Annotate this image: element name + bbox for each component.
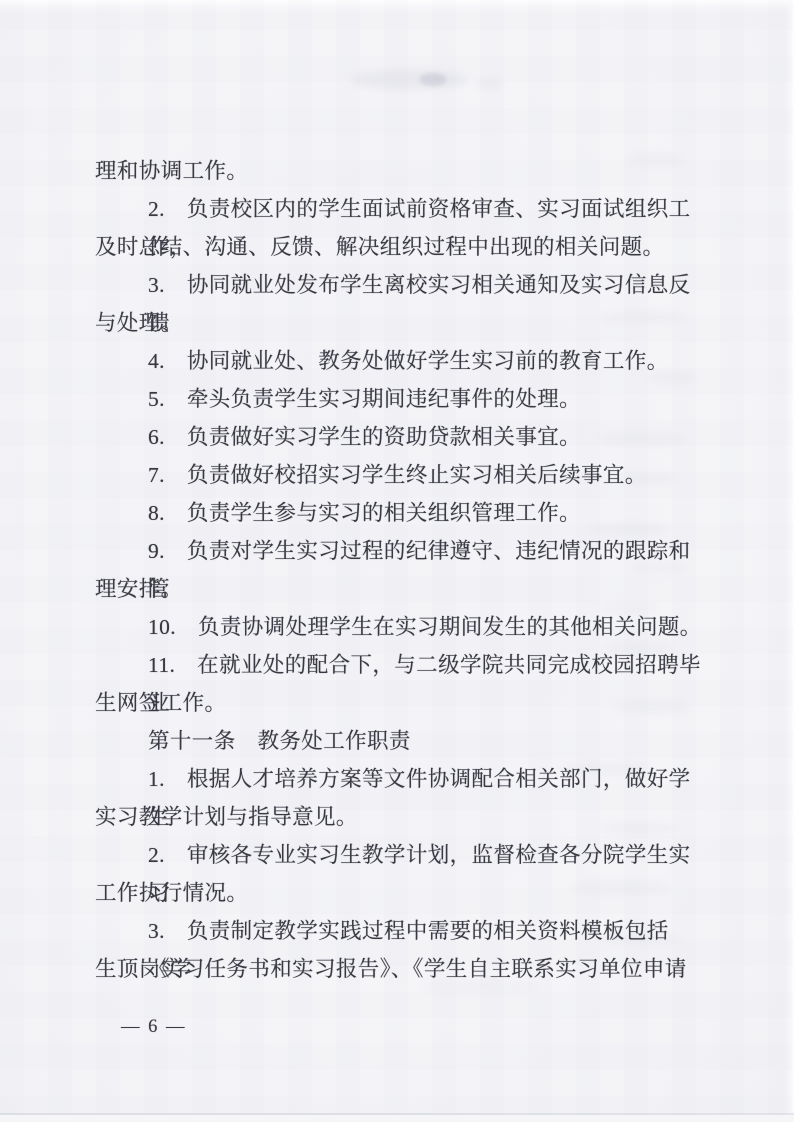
bleedthrough-mark xyxy=(478,79,503,89)
text-line: 实习教学计划与指导意见。 xyxy=(95,798,707,836)
text-line: 第十一条 教务处工作职责 xyxy=(95,722,707,760)
page-bottom-band xyxy=(0,1115,794,1122)
text-line: 7. 负责做好校招实习学生终止实习相关后续事宜。 xyxy=(95,456,707,494)
text-line: 理安排。 xyxy=(95,570,707,608)
text-line: 10. 负责协调处理学生在实习期间发生的其他相关问题。 xyxy=(95,608,707,646)
text-line: 及时总结、沟通、反馈、解决组织过程中出现的相关问题。 xyxy=(95,228,707,266)
bleedthrough-mark xyxy=(420,73,446,86)
text-line: 1. 根据人才培养方案等文件协调配合相关部门，做好学生 xyxy=(95,760,707,798)
text-line: 3. 协同就业处发布学生离校实习相关通知及实习信息反馈 xyxy=(95,266,707,304)
scanned-document-page: 理和协调工作。2. 负责校区内的学生面试前资格审查、实习面试组织工作，及时总结、… xyxy=(0,0,794,1122)
text-line: 生网签工作。 xyxy=(95,684,707,722)
document-lines: 理和协调工作。2. 负责校区内的学生面试前资格审查、实习面试组织工作，及时总结、… xyxy=(95,152,707,988)
text-line: 9. 负责对学生实习过程的纪律遵守、违纪情况的跟踪和管 xyxy=(95,532,707,570)
text-line: 2. 审核各专业实习生教学计划，监督检查各分院学生实习 xyxy=(95,836,707,874)
text-line: 4. 协同就业处、教务处做好学生实习前的教育工作。 xyxy=(95,342,707,380)
text-line: 11. 在就业处的配合下，与二级学院共同完成校园招聘毕业 xyxy=(95,646,707,684)
text-line: 生顶岗实习任务书和实习报告》、《学生自主联系实习单位申请 xyxy=(95,950,707,988)
text-line: 8. 负责学生参与实习的相关组织管理工作。 xyxy=(95,494,707,532)
text-line: 理和协调工作。 xyxy=(95,152,707,190)
text-line: 3. 负责制定教学实践过程中需要的相关资料模板包括《学 xyxy=(95,912,707,950)
page-number: — 6 — xyxy=(121,1017,187,1038)
text-line: 5. 牵头负责学生实习期间违纪事件的处理。 xyxy=(95,380,707,418)
text-line: 2. 负责校区内的学生面试前资格审查、实习面试组织工作， xyxy=(95,190,707,228)
text-line: 6. 负责做好实习学生的资助贷款相关事宜。 xyxy=(95,418,707,456)
text-line: 工作执行情况。 xyxy=(95,874,707,912)
text-line: 与处理。 xyxy=(95,304,707,342)
bleedthrough-mark xyxy=(352,70,467,90)
